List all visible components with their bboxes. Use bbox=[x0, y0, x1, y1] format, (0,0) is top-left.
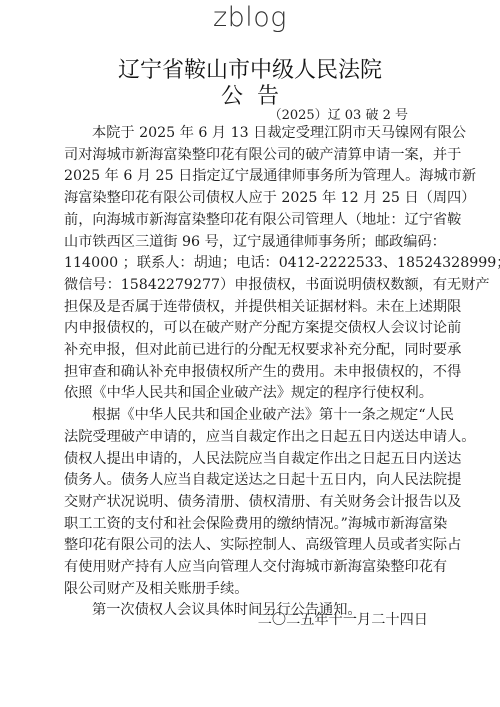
announcement-date: 二〇二五年十一月二十四日 bbox=[258, 609, 428, 629]
text-line: 债权人提出申请的，人民法院应当自裁定作出之日起五日内送达 bbox=[64, 449, 438, 471]
text-line: 依照《中华人民共和国企业破产法》规定的程序行使权利。 bbox=[64, 383, 438, 405]
text-line: 限公司财产及相关账册手续。 bbox=[64, 579, 438, 601]
text-line: 根据《中华人民共和国企业破产法》第十一条之规定“人民 bbox=[64, 405, 438, 427]
document-title: 公告 bbox=[0, 79, 500, 110]
text-line: 司对海城市新海富染整印花有限公司的破产清算申请一案，并于 bbox=[64, 145, 438, 167]
text-line: 本院于 2025 年 6 月 13 日裁定受理江阴市天马镍网有限公 bbox=[64, 123, 438, 145]
text-line: 整印花有限公司的法人、实际控制人、高级管理人员或者实际占 bbox=[64, 535, 438, 557]
paragraph-legal-basis: 根据《中华人民共和国企业破产法》第十一条之规定“人民 法院受理破产申请的，应当自… bbox=[64, 405, 438, 600]
text-line: 山市铁西区三道街 96 号，辽宁晟通律师事务所；邮政编码： bbox=[64, 232, 438, 254]
text-line: 微信号：15842279277）申报债权，书面说明债权数额，有无财产 bbox=[64, 275, 438, 297]
text-line: 补充申报，但对此前已进行的分配无权要求补充分配，同时要承 bbox=[64, 340, 438, 362]
text-line: 债务人。债务人应当自裁定送达之日起十五日内，向人民法院提 bbox=[64, 470, 438, 492]
watermark-text: zblog bbox=[0, 2, 500, 33]
text-line: 担保及是否属于连带债权，并提供相关证据材料。未在上述期限 bbox=[64, 297, 438, 319]
text-line: 内申报债权的，可以在破产财产分配方案提交债权人会议讨论前 bbox=[64, 318, 438, 340]
text-line: 担审查和确认补充申报债权所产生的费用。未申报债权的，不得 bbox=[64, 362, 438, 384]
announcement-body: 本院于 2025 年 6 月 13 日裁定受理江阴市天马镍网有限公 司对海城市新… bbox=[64, 123, 438, 622]
text-line: 前，向海城市新海富染整印花有限公司管理人（地址：辽宁省鞍 bbox=[64, 210, 438, 232]
text-line: 114000 ；联系人：胡迪；电话：0412-2222533、185243289… bbox=[64, 253, 438, 275]
text-line: 职工工资的支付和社会保险费用的缴纳情况。”海城市新海富染 bbox=[64, 514, 438, 536]
text-line: 交财产状况说明、债务清册、债权清册、有关财务会计报告以及 bbox=[64, 492, 438, 514]
case-number: （2025）辽 03 破 2 号 bbox=[269, 104, 408, 123]
paragraph-filing-notice: 本院于 2025 年 6 月 13 日裁定受理江阴市天马镍网有限公 司对海城市新… bbox=[64, 123, 438, 405]
text-line: 2025 年 6 月 25 日指定辽宁晟通律师事务所为管理人。海城市新 bbox=[64, 166, 438, 188]
text-line: 法院受理破产申请的，应当自裁定作出之日起五日内送达申请人。 bbox=[64, 427, 438, 449]
text-line: 海富染整印花有限公司债权人应于 2025 年 12 月 25 日（周四） bbox=[64, 188, 438, 210]
text-line: 有使用财产持有人应当向管理人交付海城市新海富染整印花有 bbox=[64, 557, 438, 579]
